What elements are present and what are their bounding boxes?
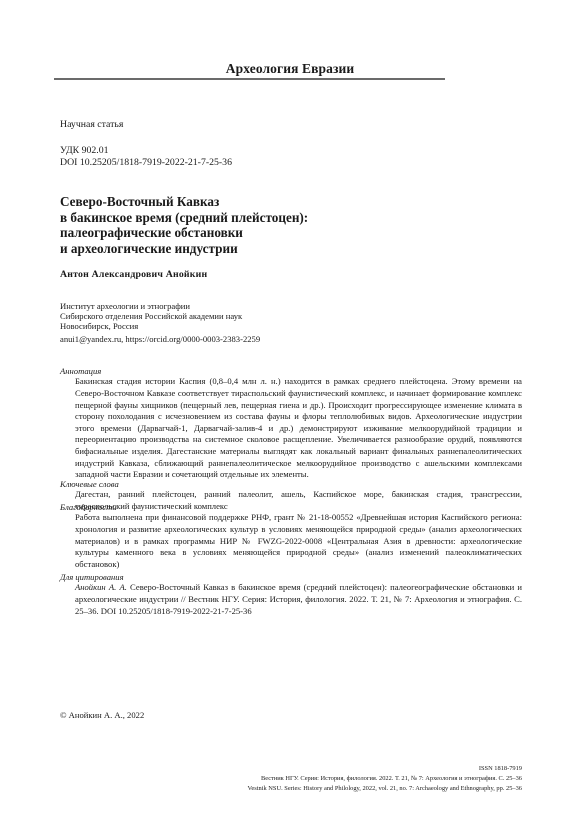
affiliation-line: Новосибирск, Россия	[60, 321, 242, 331]
title-line: в бакинское время (средний плейстоцен):	[60, 210, 308, 226]
citation-label: Для цитирования	[60, 572, 522, 582]
abstract-label: Аннотация	[60, 366, 522, 376]
footer-ru-citation: Вестник НГУ. Серия: История, филология. …	[248, 774, 522, 784]
acknowledgements-section: Благодарности Работа выполнена при финан…	[60, 502, 522, 570]
header-rule	[54, 78, 445, 80]
footer-en-citation: Vestnik NSU. Series: History and Philolo…	[248, 784, 522, 794]
affiliation: Институт археологии и этнографии Сибирск…	[60, 301, 242, 332]
article-identifiers: УДК 902.01 DOI 10.25205/1818-7919-2022-2…	[60, 145, 232, 168]
article-type: Научная статья	[60, 119, 123, 130]
acknowledgements-label: Благодарности	[60, 502, 522, 512]
journal-footer: ISSN 1818-7919 Вестник НГУ. Серия: Истор…	[248, 764, 522, 794]
acknowledgements-text: Работа выполнена при финансовой поддержк…	[60, 512, 522, 570]
citation-text: Анойкин А. А. Северо-Восточный Кавказ в …	[60, 582, 522, 617]
citation-section: Для цитирования Анойкин А. А. Северо-Вос…	[60, 572, 522, 617]
title-line: палеографические обстановки	[60, 225, 308, 241]
keywords-label: Ключевые слова	[60, 479, 522, 489]
copyright: © Анойкин А. А., 2022	[60, 710, 144, 720]
journal-section-title: Археология Евразии	[0, 61, 580, 77]
title-line: и археологические индустрии	[60, 241, 308, 257]
abstract-text: Бакинская стадия истории Каспия (0,8–0,4…	[60, 376, 522, 480]
affiliation-line: Сибирского отделения Российской академии…	[60, 311, 242, 321]
citation-body: Северо-Восточный Кавказ в бакинское врем…	[75, 582, 522, 615]
author-name: Антон Александрович Анойкин	[60, 269, 207, 280]
issn: ISSN 1818-7919	[248, 764, 522, 774]
udk-code: УДК 902.01	[60, 145, 232, 157]
title-line: Северо-Восточный Кавказ	[60, 194, 308, 210]
article-title: Северо-Восточный Кавказ в бакинское врем…	[60, 194, 308, 256]
author-contact[interactable]: anui1@yandex.ru, https://orcid.org/0000-…	[60, 334, 260, 344]
affiliation-line: Институт археологии и этнографии	[60, 301, 242, 311]
citation-author: Анойкин А. А.	[75, 582, 127, 592]
doi: DOI 10.25205/1818-7919-2022-21-7-25-36	[60, 157, 232, 169]
abstract-section: Аннотация Бакинская стадия истории Каспи…	[60, 366, 522, 481]
